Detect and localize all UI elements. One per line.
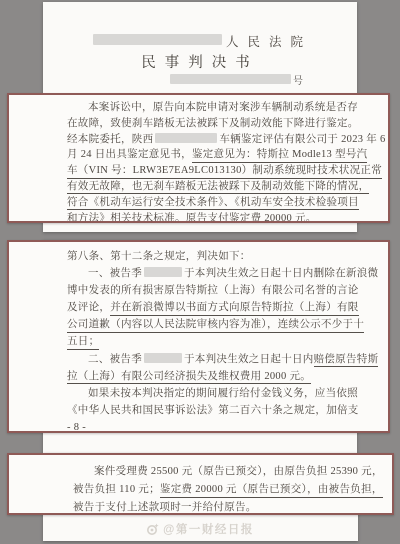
text-line: 如果未按本判决指定的期间履行给付金钱义务，应当依照: [67, 385, 338, 402]
case-number-redaction-box: [170, 74, 291, 84]
underlined-text-segment: 赔偿原告特斯: [314, 354, 379, 368]
text-segment: 月 24 日出具鉴定意见书，: [67, 149, 192, 160]
underlined-text-segment: 五日；: [67, 336, 99, 350]
document-title: 民事判决书: [43, 51, 357, 72]
text-line: 博中发表的所有损害原告特斯拉（上海）有限公司名誉的言论: [67, 282, 338, 299]
text-line: 被告于支付上述款项时一并给付原告。: [73, 499, 344, 515]
underlined-text-segment: 被告于支付上述款项时一并给付原告。: [73, 502, 257, 515]
text-line: 有效无故障，也无刹车踏板无法被踩下及制动效能下降的情况，: [67, 179, 334, 195]
highlight-box-appraisal-findings: 本案诉讼中，原告向本院申请对案涉车辆制动系统是否存在故障，致使刹车踏板无法被踩下…: [7, 93, 390, 223]
underlined-text-segment: 有效无故障，也无刹车踏板无法被踩下及制动效能下降的情况，: [67, 181, 369, 195]
text-line: 及评论，并在新浪微博以书面方式向原告特斯拉（上海）有限: [67, 299, 338, 316]
text-line: 《中华人民共和国民事诉讼法》第二百六十条之规定，加倍支: [67, 402, 338, 419]
text-line: 二、被告季于本判决生效之日起十日内赔偿原告特斯: [67, 351, 338, 368]
text-line: 车（VIN 号：LRW3E7EA9LC013130）制动系统现时技术状况正常: [67, 163, 334, 179]
text-line: 符合《机动车运行安全技术条件》、《机动车安全技术检验项目: [67, 195, 334, 211]
text-segment: 于本判决生效之日起十日内: [184, 354, 314, 365]
redaction-box: [144, 353, 182, 363]
text-segment: 二、被告季: [88, 354, 142, 365]
redaction-box: [144, 267, 182, 277]
text-segment: 《中华人民共和国民事诉讼法》第二百六十条之规定，加倍支: [67, 405, 359, 416]
weibo-logo-icon: [146, 522, 160, 536]
underlined-text-segment: 鉴定费 20000 元（原告已预交），由被告负担，: [160, 484, 383, 498]
text-line: 案件受理费 25500 元（原告已预交），由原告负担 25390 元，: [73, 463, 344, 481]
highlight-box-judgment-orders: 第八条、第十二条之规定，判决如下：一、被告季于本判决生效之日起十日内删除在新浪微…: [7, 240, 390, 433]
watermark-handle: @第一财经日报: [163, 521, 254, 537]
underlined-text-segment: 符合《机动车运行安全技术条件》、《机动车安全技术检验项目: [67, 197, 359, 211]
text-segment: 案件受理费 25500 元（原告已预交），由原告负担 25390 元，: [94, 466, 383, 477]
text-line: 和方法》相关技术标准。原告支付鉴定费 20000 元。: [67, 211, 334, 223]
text-line: 五日；: [67, 333, 338, 350]
text-segment: 及评论，: [67, 302, 110, 313]
text-segment: 于本判决生效之日起十日内删除在新浪微: [184, 268, 378, 279]
underlined-text-segment: 并在新浪微博以书面方式向原告特斯拉（上海）有限: [110, 302, 358, 316]
text-line: 月 24 日出具鉴定意见书，鉴定意见为：特斯拉 Modle13 型号汽: [67, 147, 334, 163]
redaction-box: [155, 133, 217, 143]
text-line: 在故障，致使刹车踏板无法被踩下及制动效能下降进行鉴定。: [67, 116, 334, 132]
underlined-text-segment: 拉（上海）有限公司经济损失及维权费用 2000 元。: [67, 371, 311, 385]
underlined-text-segment: 和方法》相关技术标准。原告支付鉴定费 20000 元。: [67, 213, 317, 223]
court-name-suffix: 人民法院: [226, 32, 312, 50]
photo-of-judgment-document: { "colors": { "background": "#8b8988", "…: [0, 0, 400, 544]
text-segment: 博中发表的所有损害原告特斯拉（上海）有限公司名誉的言论: [67, 285, 359, 296]
text-segment: 车辆鉴定评估有限公司于 2023 年 6: [219, 134, 385, 145]
text-line: 第八条、第十二条之规定，判决如下：: [67, 248, 338, 265]
text-line: 被告负担 110 元；鉴定费 20000 元（原告已预交），由被告负担，: [73, 481, 344, 499]
text-segment: 第八条、第十二条之规定，判决如下：: [67, 251, 251, 262]
text-line: - 8 -: [67, 419, 338, 433]
text-line: 经本院委托，陕西车辆鉴定评估有限公司于 2023 年 6: [67, 132, 334, 148]
text-segment: 经本院委托，陕西: [67, 134, 153, 145]
text-segment: - 8 -: [67, 422, 86, 433]
watermark: @第一财经日报: [0, 521, 400, 537]
court-name-redaction-box: [93, 34, 222, 45]
text-segment: 在故障，致使刹车踏板无法被踩下及制动效能下降进行鉴定。: [67, 118, 359, 129]
text-line: 本案诉讼中，原告向本院申请对案涉车辆制动系统是否存: [67, 100, 334, 116]
text-line: 一、被告季于本判决生效之日起十日内删除在新浪微: [67, 265, 338, 282]
highlight-box-fee-allocation: 案件受理费 25500 元（原告已预交），由原告负担 25390 元，被告负担 …: [7, 453, 394, 515]
text-segment: 一、被告季: [88, 268, 142, 279]
text-line: 拉（上海）有限公司经济损失及维权费用 2000 元。: [67, 368, 338, 385]
underlined-text-segment: 车（VIN 号：LRW3E7EA9LC013130）制动系统现时技术状况正常: [67, 165, 382, 179]
case-number-suffix: 号: [293, 72, 303, 87]
text-segment: 被告负担 110 元；: [73, 484, 160, 495]
text-segment: 本案诉讼中，原告向本院申请对案涉车辆制动系统是否存: [88, 102, 358, 113]
underlined-text-segment: 鉴定意见为：特斯拉 Modle13 型号汽: [192, 149, 367, 163]
underlined-text-segment: 公司道歉（内容以人民法院审核内容为准），连续公示不少于十: [67, 319, 364, 333]
text-line: 公司道歉（内容以人民法院审核内容为准），连续公示不少于十: [67, 316, 338, 333]
text-segment: 如果未按本判决指定的期间履行给付金钱义务，应当依照: [88, 388, 358, 399]
